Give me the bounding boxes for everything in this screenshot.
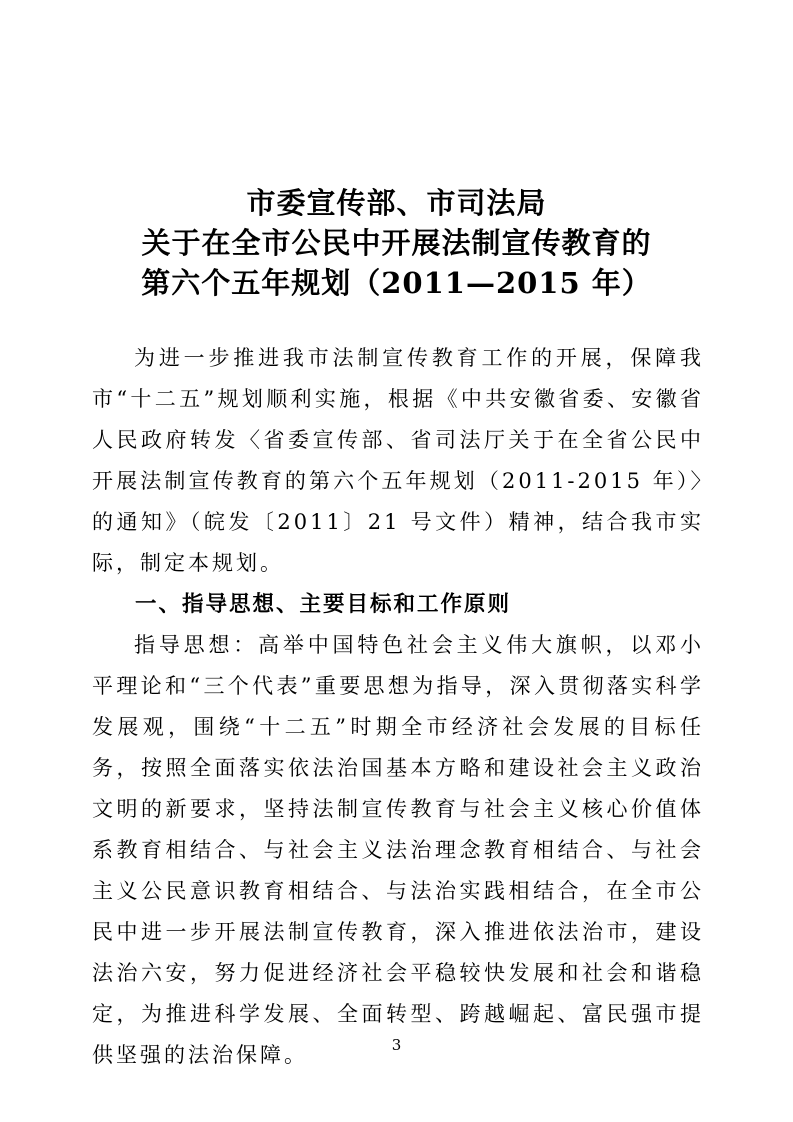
document-title: 市委宣传部、市司法局 关于在全市公民中开展法制宣传教育的 第六个五年规划（201…: [0, 183, 793, 303]
title-line-2: 关于在全市公民中开展法制宣传教育的: [0, 223, 793, 263]
document-body: 为进一步推进我市法制宣传教育工作的开展，保障我市“十二五”规划顺利实施，根据《中…: [92, 338, 704, 1076]
title-line-3: 第六个五年规划（2011—2015 年）: [0, 263, 793, 303]
page-number: 3: [0, 1036, 793, 1054]
paragraph-intro: 为进一步推进我市法制宣传教育工作的开展，保障我市“十二五”规划顺利实施，根据《中…: [92, 338, 704, 584]
section-heading-1: 一、指导思想、主要目标和工作原则: [92, 584, 704, 625]
document-page: 市委宣传部、市司法局 关于在全市公民中开展法制宣传教育的 第六个五年规划（201…: [0, 0, 793, 1122]
paragraph-guiding-ideology: 指导思想：高举中国特色社会主义伟大旗帜，以邓小平理论和“三个代表”重要思想为指导…: [92, 625, 704, 1076]
title-line-1: 市委宣传部、市司法局: [0, 183, 793, 223]
